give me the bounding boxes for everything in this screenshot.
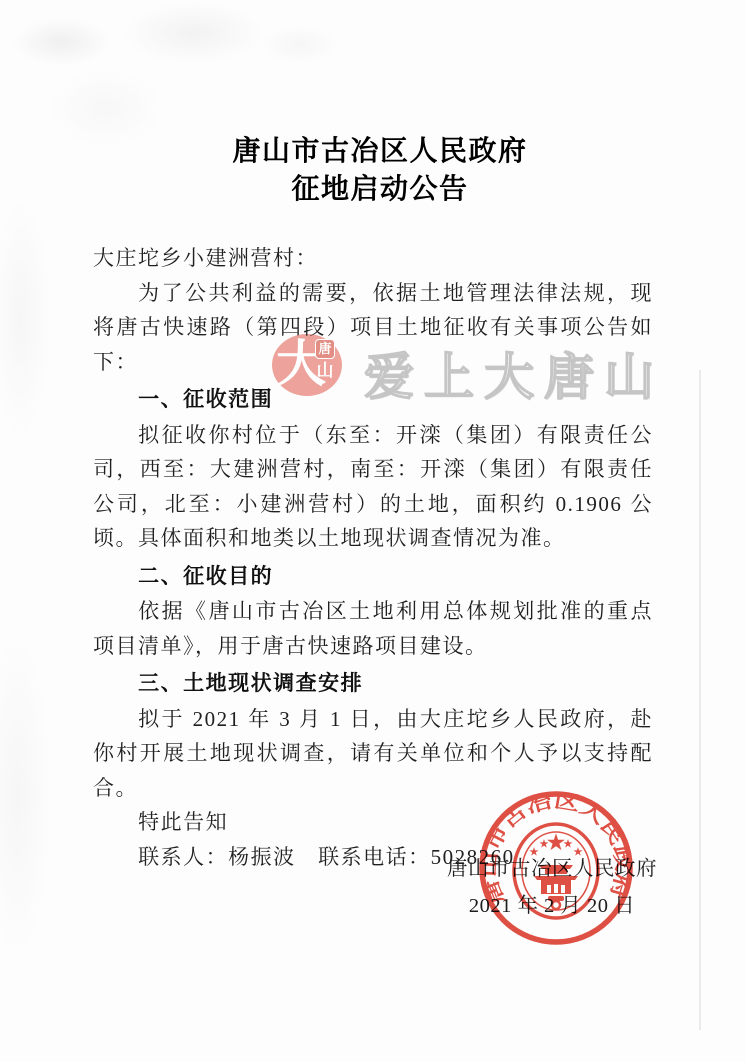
document-page: 唐山市古冶区人民政府 征地启动公告 大 唐 山 爱上大唐山 大庄坨乡小建洲营村：… [0, 0, 746, 1061]
salutation: 大庄坨乡小建洲营村： [93, 241, 653, 276]
emblem-small-star-icon: ★ [540, 839, 549, 850]
scan-fold-line [699, 370, 701, 1030]
title-line-1: 唐山市古冶区人民政府 [100, 133, 660, 171]
title-line-2: 征地启动公告 [100, 171, 660, 209]
emblem-small-star-icon: ★ [574, 847, 583, 858]
intro-paragraph: 为了公共利益的需要，依据土地管理法律法规，现将唐古快速路（第四段）项目土地征收有… [93, 276, 653, 380]
section-2-paragraph: 依据《唐山市古冶区土地利用总体规划批准的重点项目清单》，用于唐古快速路项目建设。 [93, 594, 653, 663]
section-3-heading: 三、土地现状调查安排 [93, 667, 653, 702]
document-body: 大庄坨乡小建洲营村： 为了公共利益的需要，依据土地管理法律法规，现将唐古快速路（… [93, 241, 653, 874]
section-1-heading: 一、征收范围 [93, 383, 653, 418]
section-1-paragraph: 拟征收你村位于（东至：开滦（集团）有限责任公司，西至：大建洲营村，南至：开滦（集… [93, 418, 653, 556]
national-emblem-icon: ★ ★ ★ ★ ★ [514, 824, 598, 918]
official-seal: 唐山市古冶区人民政府 ★ ★ ★ ★ ★ [471, 783, 641, 953]
emblem-gate-roof [539, 865, 573, 869]
document-title: 唐山市古冶区人民政府 征地启动公告 [100, 133, 660, 209]
emblem-small-star-icon: ★ [564, 839, 573, 850]
emblem-big-star-icon: ★ [547, 832, 565, 854]
section-2-heading: 二、征收目的 [93, 560, 653, 595]
emblem-small-star-icon: ★ [530, 847, 539, 858]
scan-noise-texture-left [0, 0, 70, 1061]
